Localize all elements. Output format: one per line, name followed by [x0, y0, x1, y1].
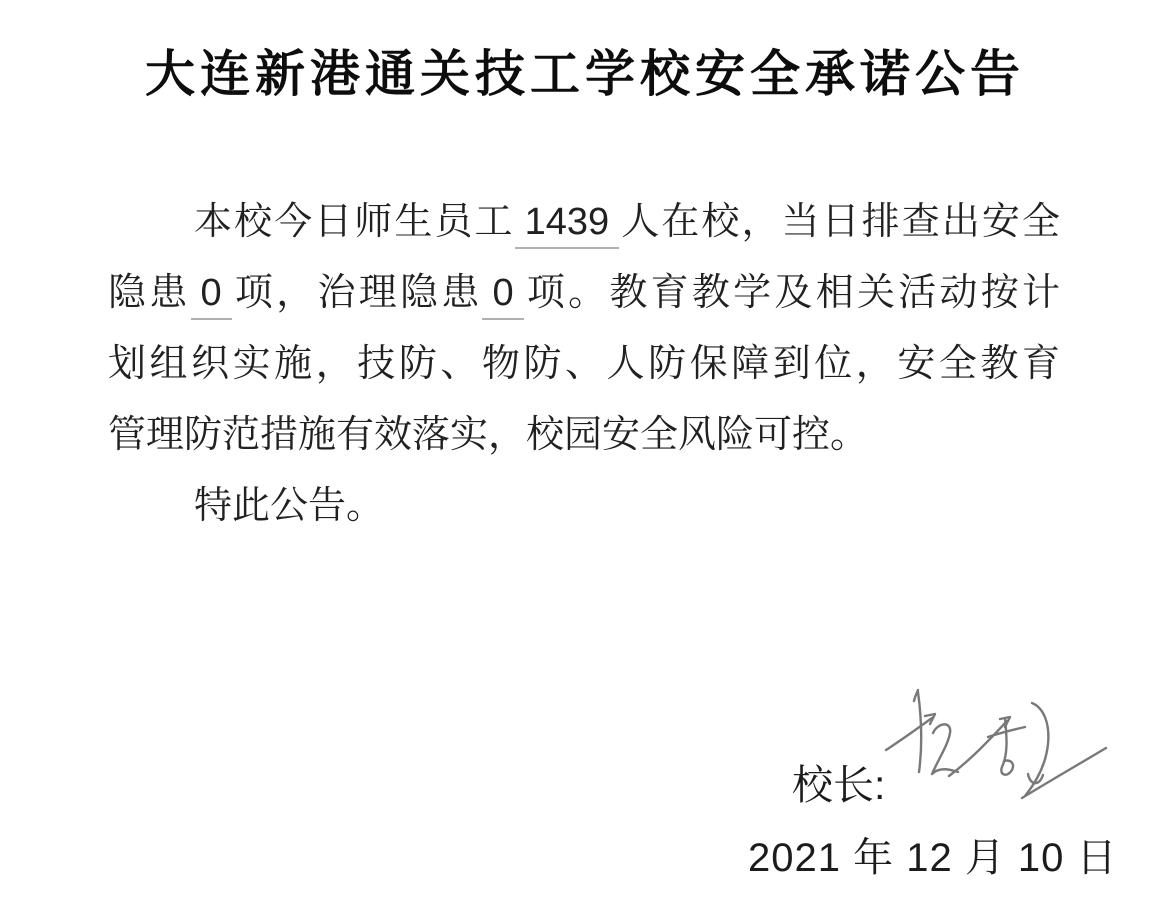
closing-line: 特此公告。 [108, 471, 1060, 542]
body-text: 人在校，当日排查出安全 [619, 201, 1060, 243]
underlined-value: 0 [191, 272, 232, 320]
body-line: 管理防范措施有效落实，校园安全风险可控。 [108, 400, 1060, 471]
body-text: 本校今日师生员工 [194, 201, 515, 243]
body-paragraph: 本校今日师生员工1439人在校，当日排查出安全隐患0项，治理隐患0项。教育教学及… [108, 187, 1060, 542]
principal-signature-icon [848, 666, 1168, 826]
body-line: 隐患0项，治理隐患0项。教育教学及相关活动按计 [108, 258, 1060, 329]
body-line: 划组织实施，技防、物防、人防保障到位，安全教育 [108, 329, 1060, 400]
underlined-value: 0 [482, 272, 523, 320]
body-text: 项。教育教学及相关活动按计 [524, 272, 1060, 314]
body-text: 管理防范措施有效落实，校园安全风险可控。 [108, 414, 868, 456]
announcement-date: 2021 年 12 月 10 日 [748, 826, 1118, 883]
page-title: 大连新港通关技工学校安全承诺公告 [0, 34, 1170, 106]
underlined-value: 1439 [515, 201, 620, 249]
body-text: 隐患 [108, 272, 191, 314]
body-line: 本校今日师生员工1439人在校，当日排查出安全 [108, 187, 1060, 258]
body-text: 项，治理隐患 [232, 272, 483, 314]
body-text: 划组织实施，技防、物防、人防保障到位，安全教育 [108, 343, 1060, 385]
